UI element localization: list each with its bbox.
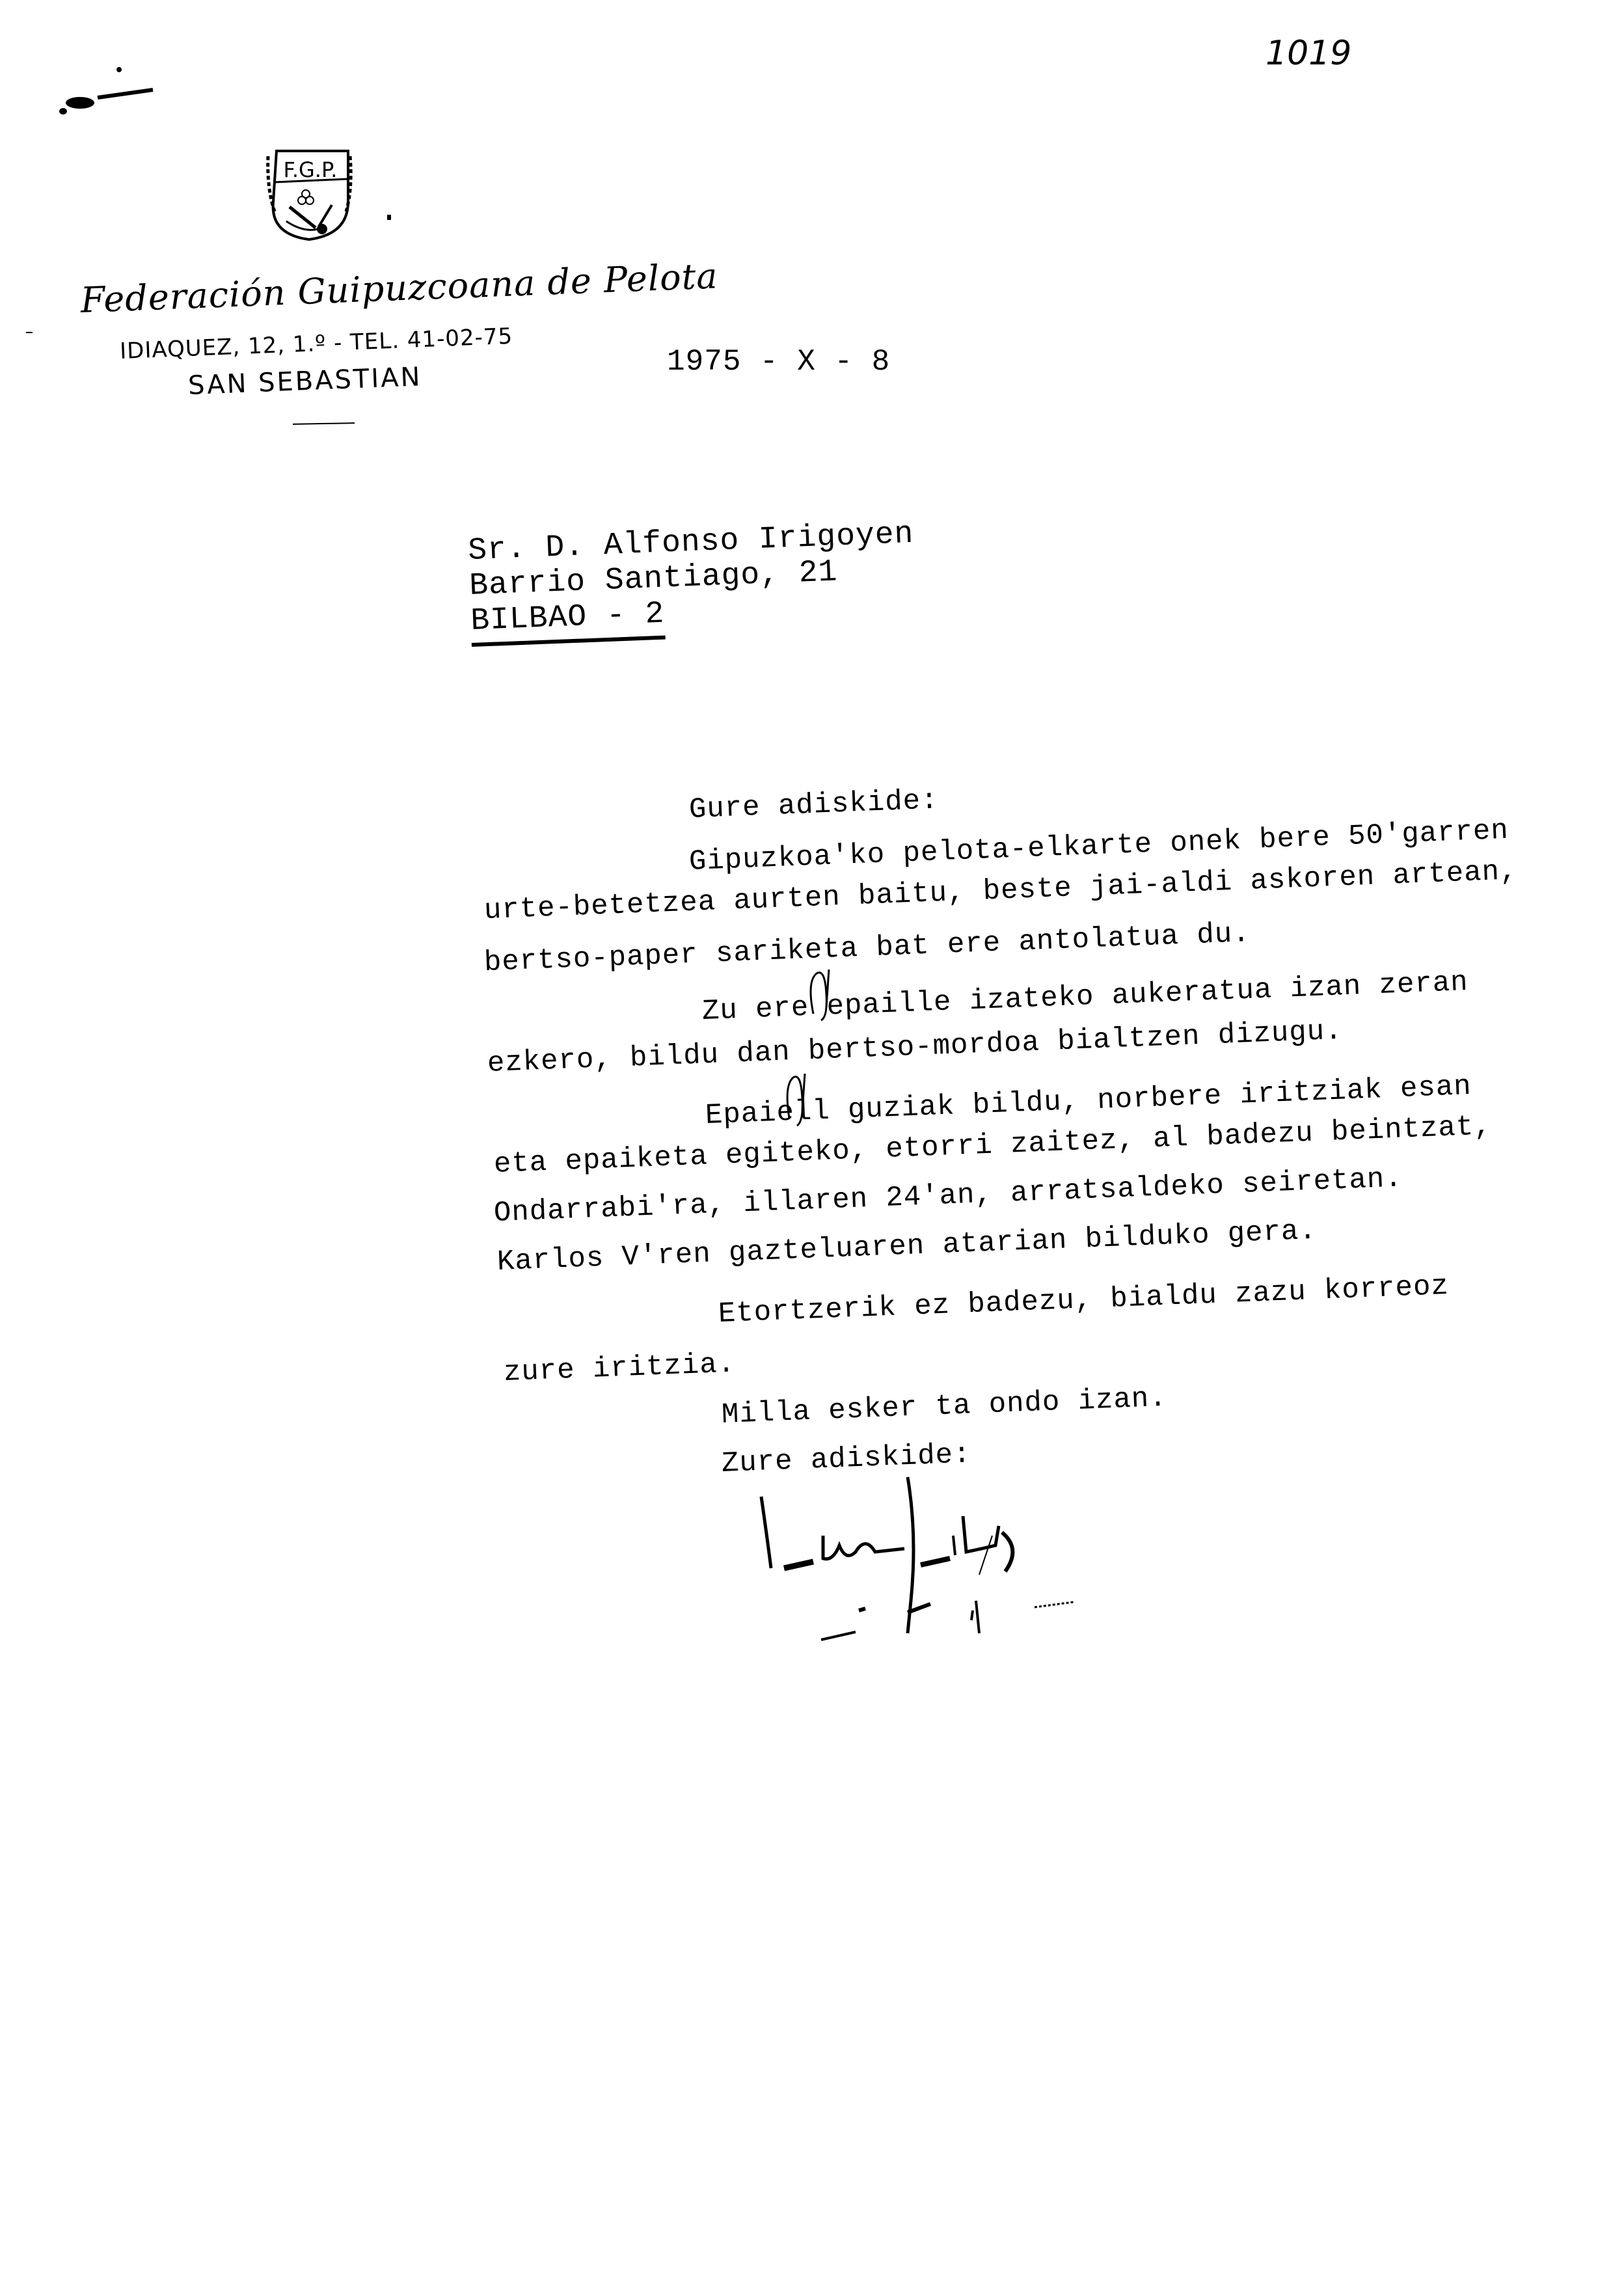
recipient-city: BILBAO - 2	[470, 597, 665, 639]
recipient-address: Sr. D. Alfonso Irigoyen Barrio Santiago,…	[467, 517, 917, 647]
body-line: ezkero, bildu dan bertso-mordoa bialtzen…	[487, 1015, 1343, 1080]
organization-address: IDIAQUEZ, 12, 1.º - TEL. 41-02-75	[119, 323, 513, 364]
body-line: Etortzerik ez badezu, bialdu zazu korreo…	[718, 1270, 1450, 1331]
organization-name: Federación Guipuzcoana de Pelota	[80, 255, 719, 321]
correction-mark	[807, 968, 833, 1027]
correction-mark	[784, 1072, 810, 1131]
salutation: Gure adiskide:	[688, 784, 939, 826]
scan-mark	[0, 0, 260, 130]
body-line: zure iritzia.	[503, 1348, 736, 1389]
letter-date: 1975 - X - 8	[667, 345, 890, 379]
svg-text:F.G.P.: F.G.P.	[284, 157, 338, 182]
body-line: bertso-paper sariketa bat ere antolatua …	[483, 917, 1251, 979]
handwritten-signature	[748, 1438, 1399, 1666]
fgp-crest-logo: F.G.P.	[267, 150, 351, 241]
scan-speck	[26, 332, 33, 333]
recipient-city-underline: BILBAO - 2	[470, 597, 665, 647]
body-line: Milla esker ta ondo izan.	[721, 1382, 1168, 1432]
scan-speck	[387, 215, 391, 220]
organization-city: SAN SEBASTIAN	[187, 362, 422, 401]
archive-number: 1019	[1265, 34, 1351, 73]
letterhead-divider	[293, 422, 355, 425]
